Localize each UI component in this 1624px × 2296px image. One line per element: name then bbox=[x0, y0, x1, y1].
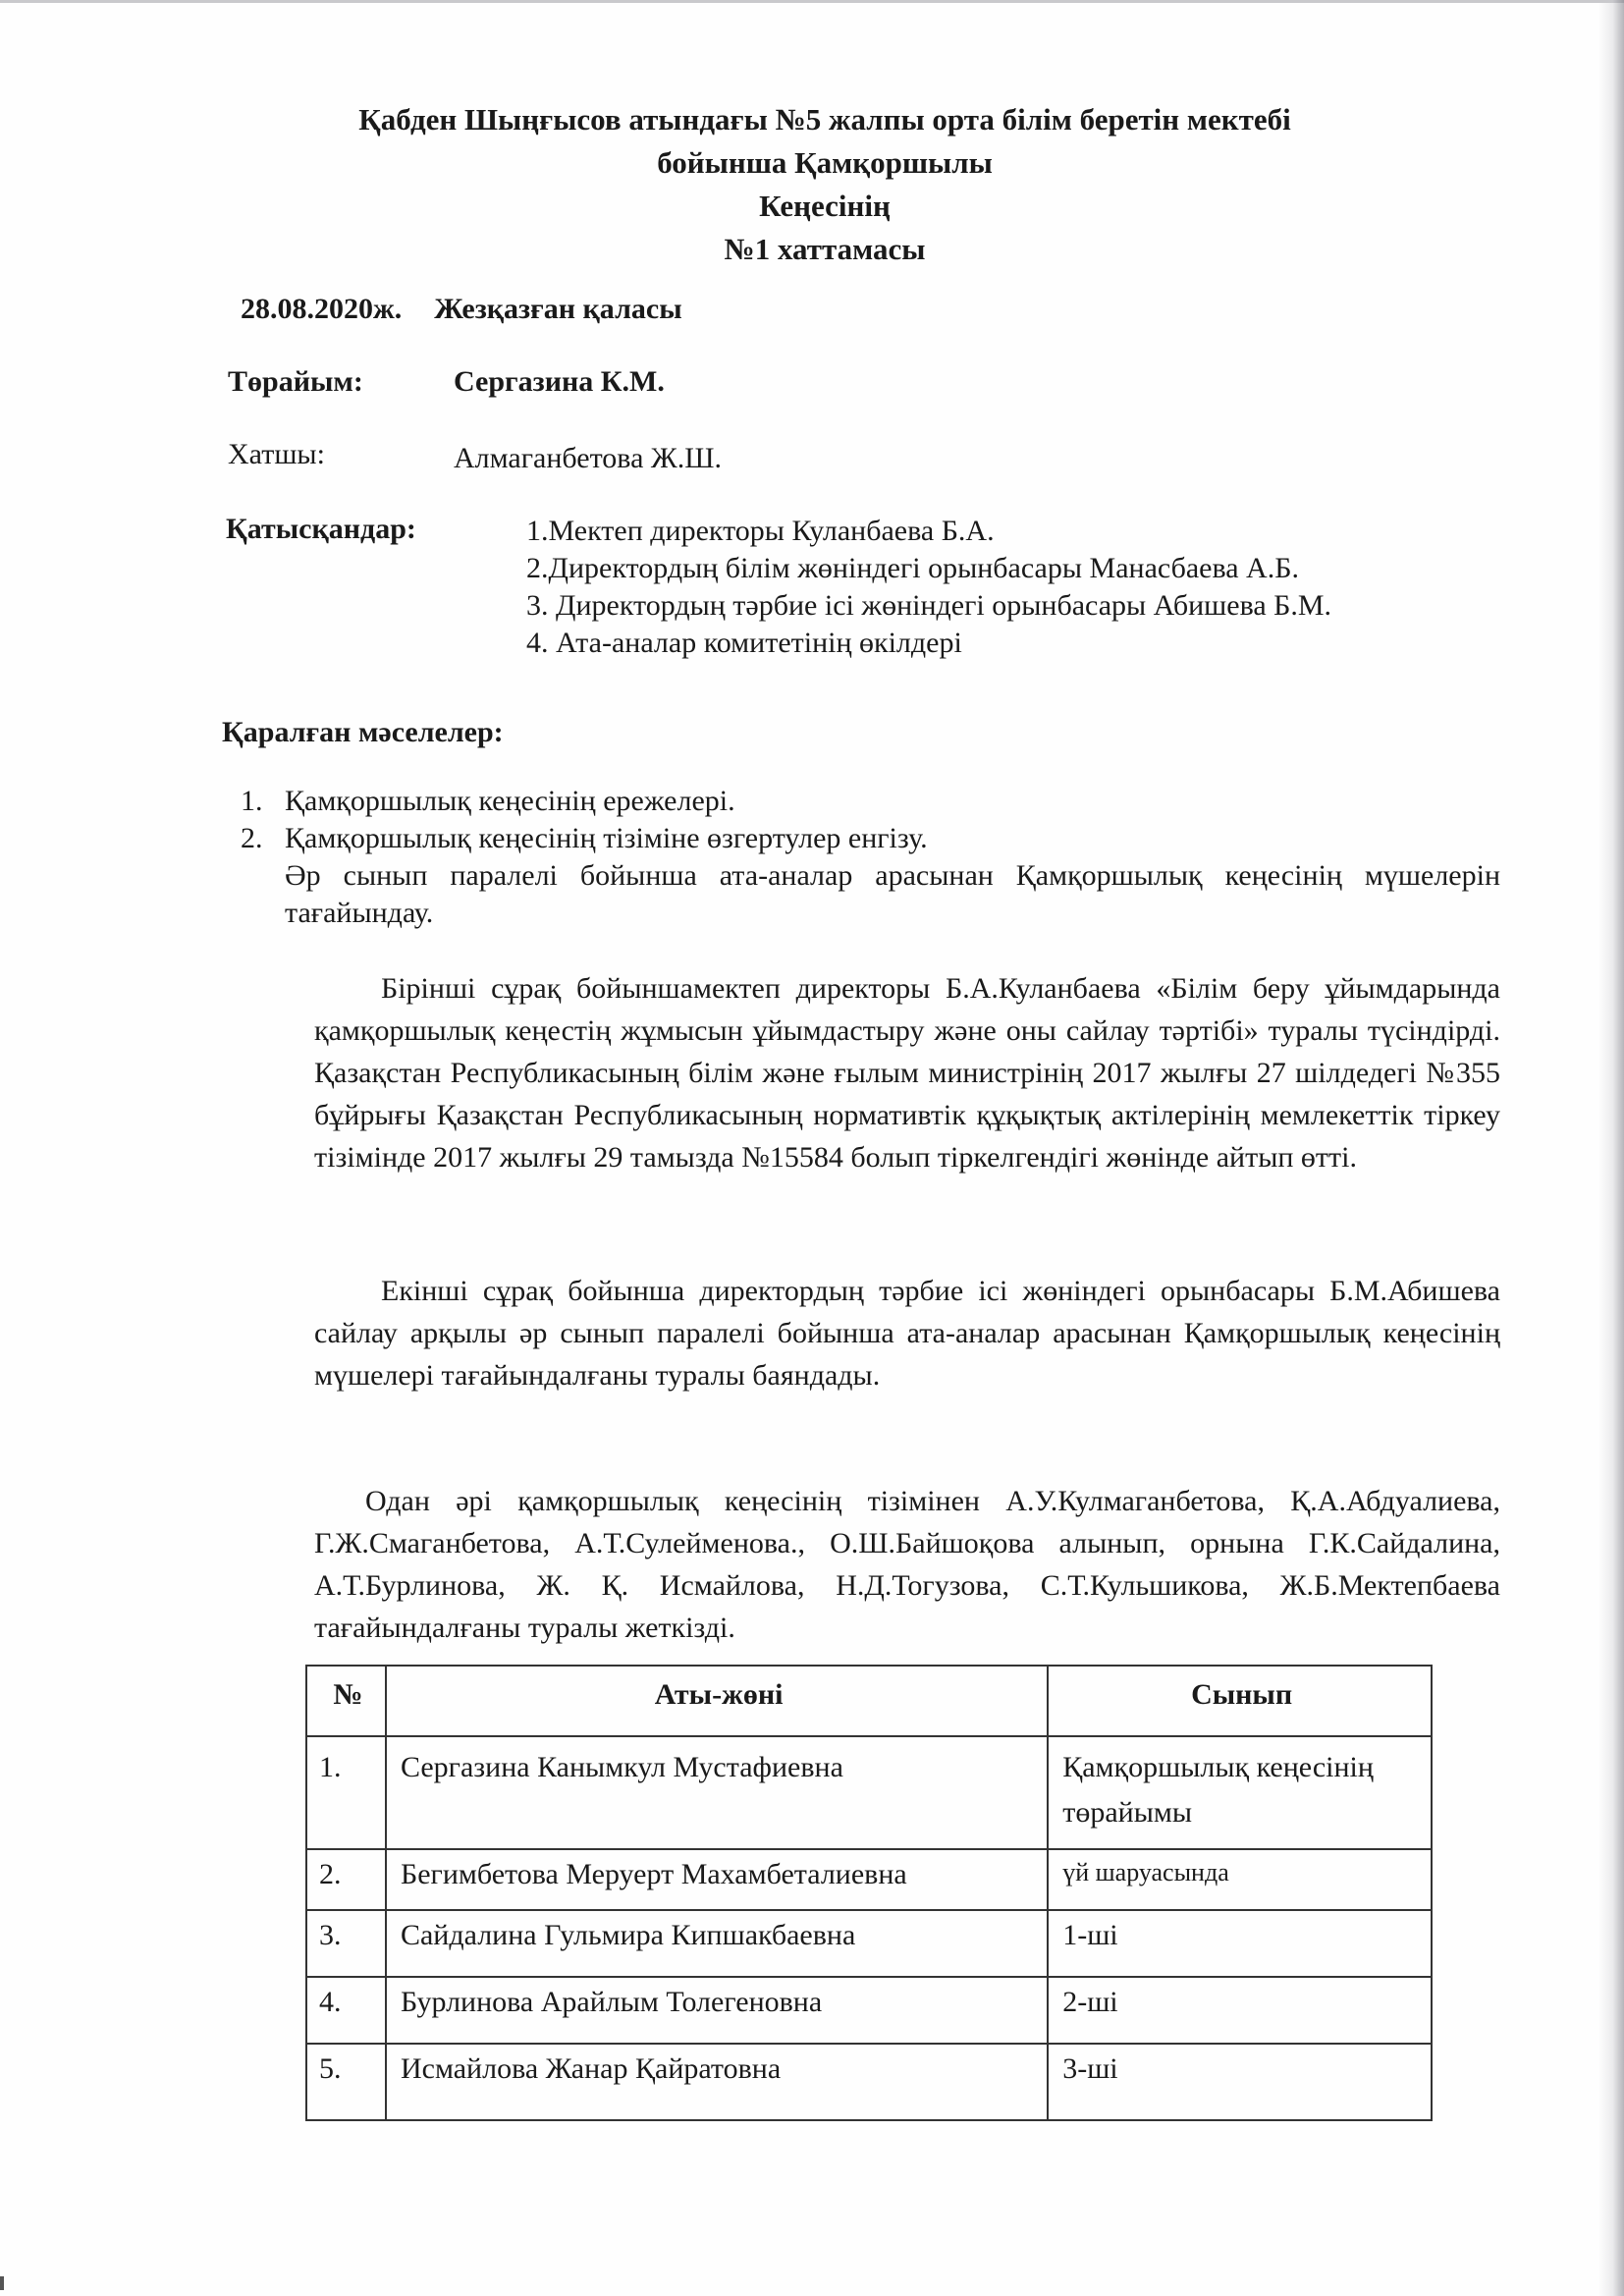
column-header-number: № bbox=[306, 1666, 386, 1736]
agenda-item: 2. Қамқоршылық кеңесінің тізіміне өзгерт… bbox=[241, 820, 1500, 857]
scan-top-edge bbox=[0, 0, 1624, 3]
cell-name: Бегимбетова Меруерт Махамбеталиевна bbox=[386, 1849, 1048, 1910]
cell-number: 3. bbox=[306, 1910, 386, 1977]
document-page: Қабден Шыңғысов атындағы №5 жалпы орта б… bbox=[0, 0, 1624, 2296]
title-line-1: Қабден Шыңғысов атындағы №5 жалпы орта б… bbox=[226, 98, 1424, 141]
agenda-item-text: Қамқоршылық кеңесінің ережелері. bbox=[285, 785, 735, 817]
cell-number: 1. bbox=[306, 1736, 386, 1849]
cell-name: Бурлинова Арайлым Толегеновна bbox=[386, 1977, 1048, 2044]
meeting-date: 28.08.2020ж. bbox=[241, 293, 402, 325]
participant-item: 3. Директордың тәрбие ісі жөніндегі орын… bbox=[526, 587, 1331, 625]
cell-number: 5. bbox=[306, 2044, 386, 2120]
cell-number: 4. bbox=[306, 1977, 386, 2044]
title-line-3: Кеңесінің bbox=[226, 185, 1424, 228]
chair-value: Сергазина К.М. bbox=[454, 365, 665, 399]
cell-class: үй шаруасында bbox=[1048, 1849, 1432, 1910]
chair-label: Төрайым: bbox=[228, 365, 363, 399]
cell-name: Сергазина Канымкул Мустафиевна bbox=[386, 1736, 1048, 1849]
title-line-2: бойынша Қамқоршылы bbox=[226, 141, 1424, 185]
agenda-item-text: Қамқоршылық кеңесінің тізіміне өзгертуле… bbox=[285, 822, 928, 854]
participants-label: Қатысқандар: bbox=[226, 513, 416, 546]
date-city-line: 28.08.2020ж. Жезқазған қаласы bbox=[241, 293, 682, 326]
column-header-name: Аты-жөні bbox=[386, 1666, 1048, 1736]
table-row: 5. Исмайлова Жанар Қайратовна 3-ші bbox=[306, 2044, 1432, 2120]
meeting-city: Жезқазған қаласы bbox=[434, 293, 681, 325]
table-row: 1. Сергазина Канымкул Мустафиевна Қамқор… bbox=[306, 1736, 1432, 1849]
table-row: 4. Бурлинова Арайлым Толегеновна 2-ші bbox=[306, 1977, 1432, 2044]
agenda-heading: Қаралған мәселелер: bbox=[222, 716, 504, 749]
participant-item: 2.Директордың білім жөніндегі орынбасары… bbox=[526, 550, 1331, 587]
title-line-4: №1 хаттамасы bbox=[226, 228, 1424, 271]
agenda-item-number: 2. bbox=[241, 820, 263, 857]
paragraph-replacements: Одан әрі қамқоршылық кеңесінің тізімінен… bbox=[314, 1480, 1500, 1649]
scan-artifact bbox=[0, 2276, 4, 2290]
participant-item: 4. Ата-аналар комитетінің өкілдері bbox=[526, 625, 1331, 662]
agenda-item-number: 1. bbox=[241, 783, 263, 820]
agenda-item: 1. Қамқоршылық кеңесінің ережелері. bbox=[241, 783, 1500, 820]
secretary-value: Алмаганбетова Ж.Ш. bbox=[454, 442, 722, 475]
cell-name: Исмайлова Жанар Қайратовна bbox=[386, 2044, 1048, 2120]
table-row: 3. Сайдалина Гульмира Кипшакбаевна 1-ші bbox=[306, 1910, 1432, 1977]
paragraph-first-question: Бірінші сұрақ бойыншамектеп директоры Б.… bbox=[314, 967, 1500, 1178]
column-header-class: Сынып bbox=[1048, 1666, 1432, 1736]
participant-item: 1.Мектеп директоры Куланбаева Б.А. bbox=[526, 513, 1331, 550]
table-header-row: № Аты-жөні Сынып bbox=[306, 1666, 1432, 1736]
members-table: № Аты-жөні Сынып 1. Сергазина Канымкул М… bbox=[305, 1665, 1433, 2121]
cell-number: 2. bbox=[306, 1849, 386, 1910]
agenda-subtext: Әр сынып паралелі бойынша ата-аналар ара… bbox=[241, 857, 1500, 932]
participants-list: 1.Мектеп директоры Куланбаева Б.А. 2.Дир… bbox=[526, 513, 1331, 662]
secretary-label: Хатшы: bbox=[228, 438, 325, 471]
scan-right-shadow bbox=[1598, 0, 1624, 2296]
cell-class: 3-ші bbox=[1048, 2044, 1432, 2120]
cell-class: 2-ші bbox=[1048, 1977, 1432, 2044]
table-row: 2. Бегимбетова Меруерт Махамбеталиевна ү… bbox=[306, 1849, 1432, 1910]
agenda-list: 1. Қамқоршылық кеңесінің ережелері. 2. Қ… bbox=[241, 783, 1500, 932]
cell-class: 1-ші bbox=[1048, 1910, 1432, 1977]
cell-name: Сайдалина Гульмира Кипшакбаевна bbox=[386, 1910, 1048, 1977]
cell-class: Қамқоршылық кеңесінің төрайымы bbox=[1048, 1736, 1432, 1849]
document-title: Қабден Шыңғысов атындағы №5 жалпы орта б… bbox=[226, 98, 1424, 271]
paragraph-second-question: Екінші сұрақ бойынша директордың тәрбие … bbox=[314, 1270, 1500, 1396]
